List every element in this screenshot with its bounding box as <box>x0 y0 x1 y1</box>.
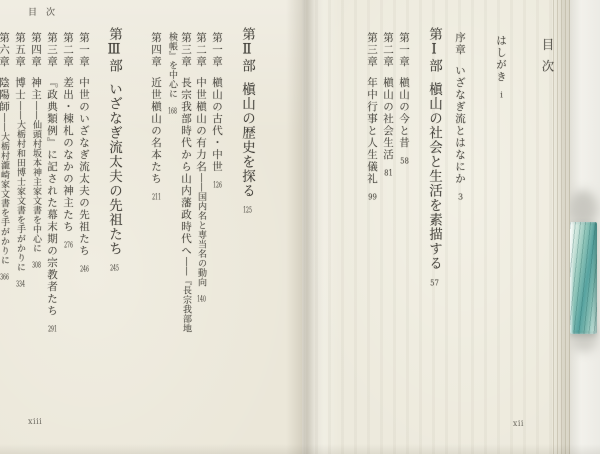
entry-page-number: 126 <box>213 181 222 189</box>
entry-page-number: 140 <box>197 295 206 303</box>
entry-page-number: 366 <box>0 273 9 281</box>
entry-page-number: 99 <box>368 193 377 201</box>
entry-label: 第四章 <box>150 32 162 68</box>
entry-label: 第三章 <box>46 32 58 68</box>
entry-title: 差出・棟札のなかの神主たち <box>62 77 74 233</box>
entry-page-number: 3 <box>456 193 465 201</box>
entry-label: 第五章 <box>14 32 26 68</box>
entry-label: 第三章 <box>366 32 378 68</box>
entry-label: 第六章 <box>0 32 10 68</box>
entry-title: いざなぎ流とはなにか <box>454 65 466 185</box>
bottom-shadow <box>0 444 600 454</box>
entry-label: 序章 <box>454 32 466 56</box>
entry-title: 博士 <box>14 77 26 101</box>
page-number-folio: xii <box>513 419 524 428</box>
page-edge-stack <box>550 0 570 454</box>
toc-entry: 第三章『政典類例』に記された幕末期の宗教者たち291 <box>45 27 59 341</box>
toc-entry: 第三章長宗我部時代から山内藩政時代へ――『長宗我部地検帳』を中心に168 <box>165 27 192 341</box>
toc-entry: 第二章中世槇山の有力名――国内名と専当名の動向140 <box>194 27 208 341</box>
entry-page-number: 291 <box>48 325 57 333</box>
toc-entry: 第Ⅱ部槇山の歴史を探る125 <box>239 27 255 341</box>
toc-entry: 第四章神主――仙頭村坂本神主家文書を中心に308 <box>29 27 43 341</box>
entry-page-number: 168 <box>168 107 177 115</box>
toc-entry: 第二章槇山の社会生活81 <box>381 27 395 339</box>
entry-title: いざなぎ流太夫の先祖たち <box>106 82 122 256</box>
entry-page-number: 246 <box>80 265 89 273</box>
entry-title: 中世槇山の有力名 <box>195 77 207 173</box>
entry-page-number: 276 <box>64 241 73 249</box>
toc-page-right: 目次 はしがきi序章いざなぎ流とはなにか3第Ⅰ部槇山の社会と生活を素描する57第… <box>302 0 570 454</box>
entry-label: 第二章 <box>195 32 207 68</box>
entry-label: はしがき <box>495 35 507 83</box>
entry-label: 第三章 <box>180 32 192 68</box>
entry-subtitle: ――国内名と専当名の動向 <box>196 173 206 287</box>
entry-title: 年中行事と人生儀礼 <box>366 77 378 185</box>
entry-page-number: i <box>497 91 506 99</box>
entry-label: 第二章 <box>62 32 74 68</box>
open-book: 目次 第Ⅱ部槇山の歴史を探る125第一章槇山の古代・中世126第二章中世槇山の有… <box>0 0 570 454</box>
entry-subtitle: ――仙頭村坂本神主家文書を中心に <box>31 101 41 253</box>
entry-label: 第Ⅱ部 <box>239 27 255 73</box>
running-head: 目次 <box>28 5 64 18</box>
entry-page-number: 125 <box>243 206 252 214</box>
entry-label: 第一章 <box>398 32 410 68</box>
toc-entry: 第Ⅲ部いざなぎ流太夫の先祖たち245 <box>106 27 122 341</box>
entry-page-number: 245 <box>110 264 119 272</box>
entry-title: 槇山の社会と生活を素描する <box>426 82 442 271</box>
entry-page-number: 334 <box>16 280 25 288</box>
entry-page-number: 57 <box>430 279 439 287</box>
entry-title: 陰陽師 <box>0 77 10 113</box>
entry-page-number: 211 <box>152 193 161 201</box>
toc-entries-right: はしがきi序章いざなぎ流とはなにか3第Ⅰ部槇山の社会と生活を素描する57第一章槇… <box>312 27 508 339</box>
toc-page-left: 目次 第Ⅱ部槇山の歴史を探る125第一章槇山の古代・中世126第二章中世槇山の有… <box>0 0 302 454</box>
toc-entry: 第一章槇山の古代・中世126 <box>210 27 224 341</box>
entry-title: 近世槇山の名本たち <box>150 77 162 185</box>
toc-entry: 第一章中世のいざなぎ流太夫の先祖たち246 <box>77 27 91 341</box>
entry-label: 第Ⅰ部 <box>426 27 442 73</box>
toc-entry: 第五章博士――大栃村和田博士家文書を手がかりに334 <box>13 27 27 341</box>
entry-page-number: 81 <box>384 169 393 177</box>
entry-title: 神主 <box>30 77 42 101</box>
toc-entry: 序章いざなぎ流とはなにか3 <box>453 27 467 339</box>
entry-label: 第四章 <box>30 32 42 68</box>
page-number-folio: xiii <box>28 417 42 426</box>
entry-page-number: 308 <box>32 261 41 269</box>
book-photo: 目次 第Ⅱ部槇山の歴史を探る125第一章槇山の古代・中世126第二章中世槇山の有… <box>0 0 600 454</box>
entry-label: 第一章 <box>211 32 223 68</box>
entry-subtitle: ――大栃村和田博士家文書を手がかりに <box>15 101 25 272</box>
entry-title: 槇山の歴史を探る <box>239 82 255 198</box>
entry-title: 槇山の社会生活 <box>382 77 394 161</box>
entry-subtitle: ――大栃村瀧崎家文書を手がかりに <box>0 113 9 265</box>
toc-entry: 第三章年中行事と人生儀礼99 <box>365 27 379 339</box>
toc-entry: はしがきi <box>494 27 508 339</box>
teal-book-edge <box>570 222 597 334</box>
entry-label: 第一章 <box>78 32 90 68</box>
entry-title: 中世のいざなぎ流太夫の先祖たち <box>78 77 90 257</box>
entry-title: 『政典類例』に記された幕末期の宗教者たち <box>46 77 58 317</box>
entry-label: 第二章 <box>382 32 394 68</box>
entry-title: 長宗我部時代から山内藩政時代へ <box>180 77 192 257</box>
toc-entry: 第四章近世槇山の名本たち211 <box>149 27 163 341</box>
toc-entry: 第二章差出・棟札のなかの神主たち276 <box>61 27 75 341</box>
toc-entry: 第Ⅰ部槇山の社会と生活を素描する57 <box>426 27 442 339</box>
entry-title: 槇山の今と昔 <box>398 77 410 149</box>
entry-label: 第Ⅲ部 <box>106 27 122 73</box>
toc-entry: 第六章陰陽師――大栃村瀧崎家文書を手がかりに366 <box>0 27 11 341</box>
toc-entries-left: 第Ⅱ部槇山の歴史を探る125第一章槇山の古代・中世126第二章中世槇山の有力名―… <box>8 27 266 341</box>
entry-page-number: 58 <box>400 157 409 165</box>
entry-title: 槇山の古代・中世 <box>211 77 223 173</box>
toc-entry: 第一章槇山の今と昔58 <box>397 27 411 339</box>
